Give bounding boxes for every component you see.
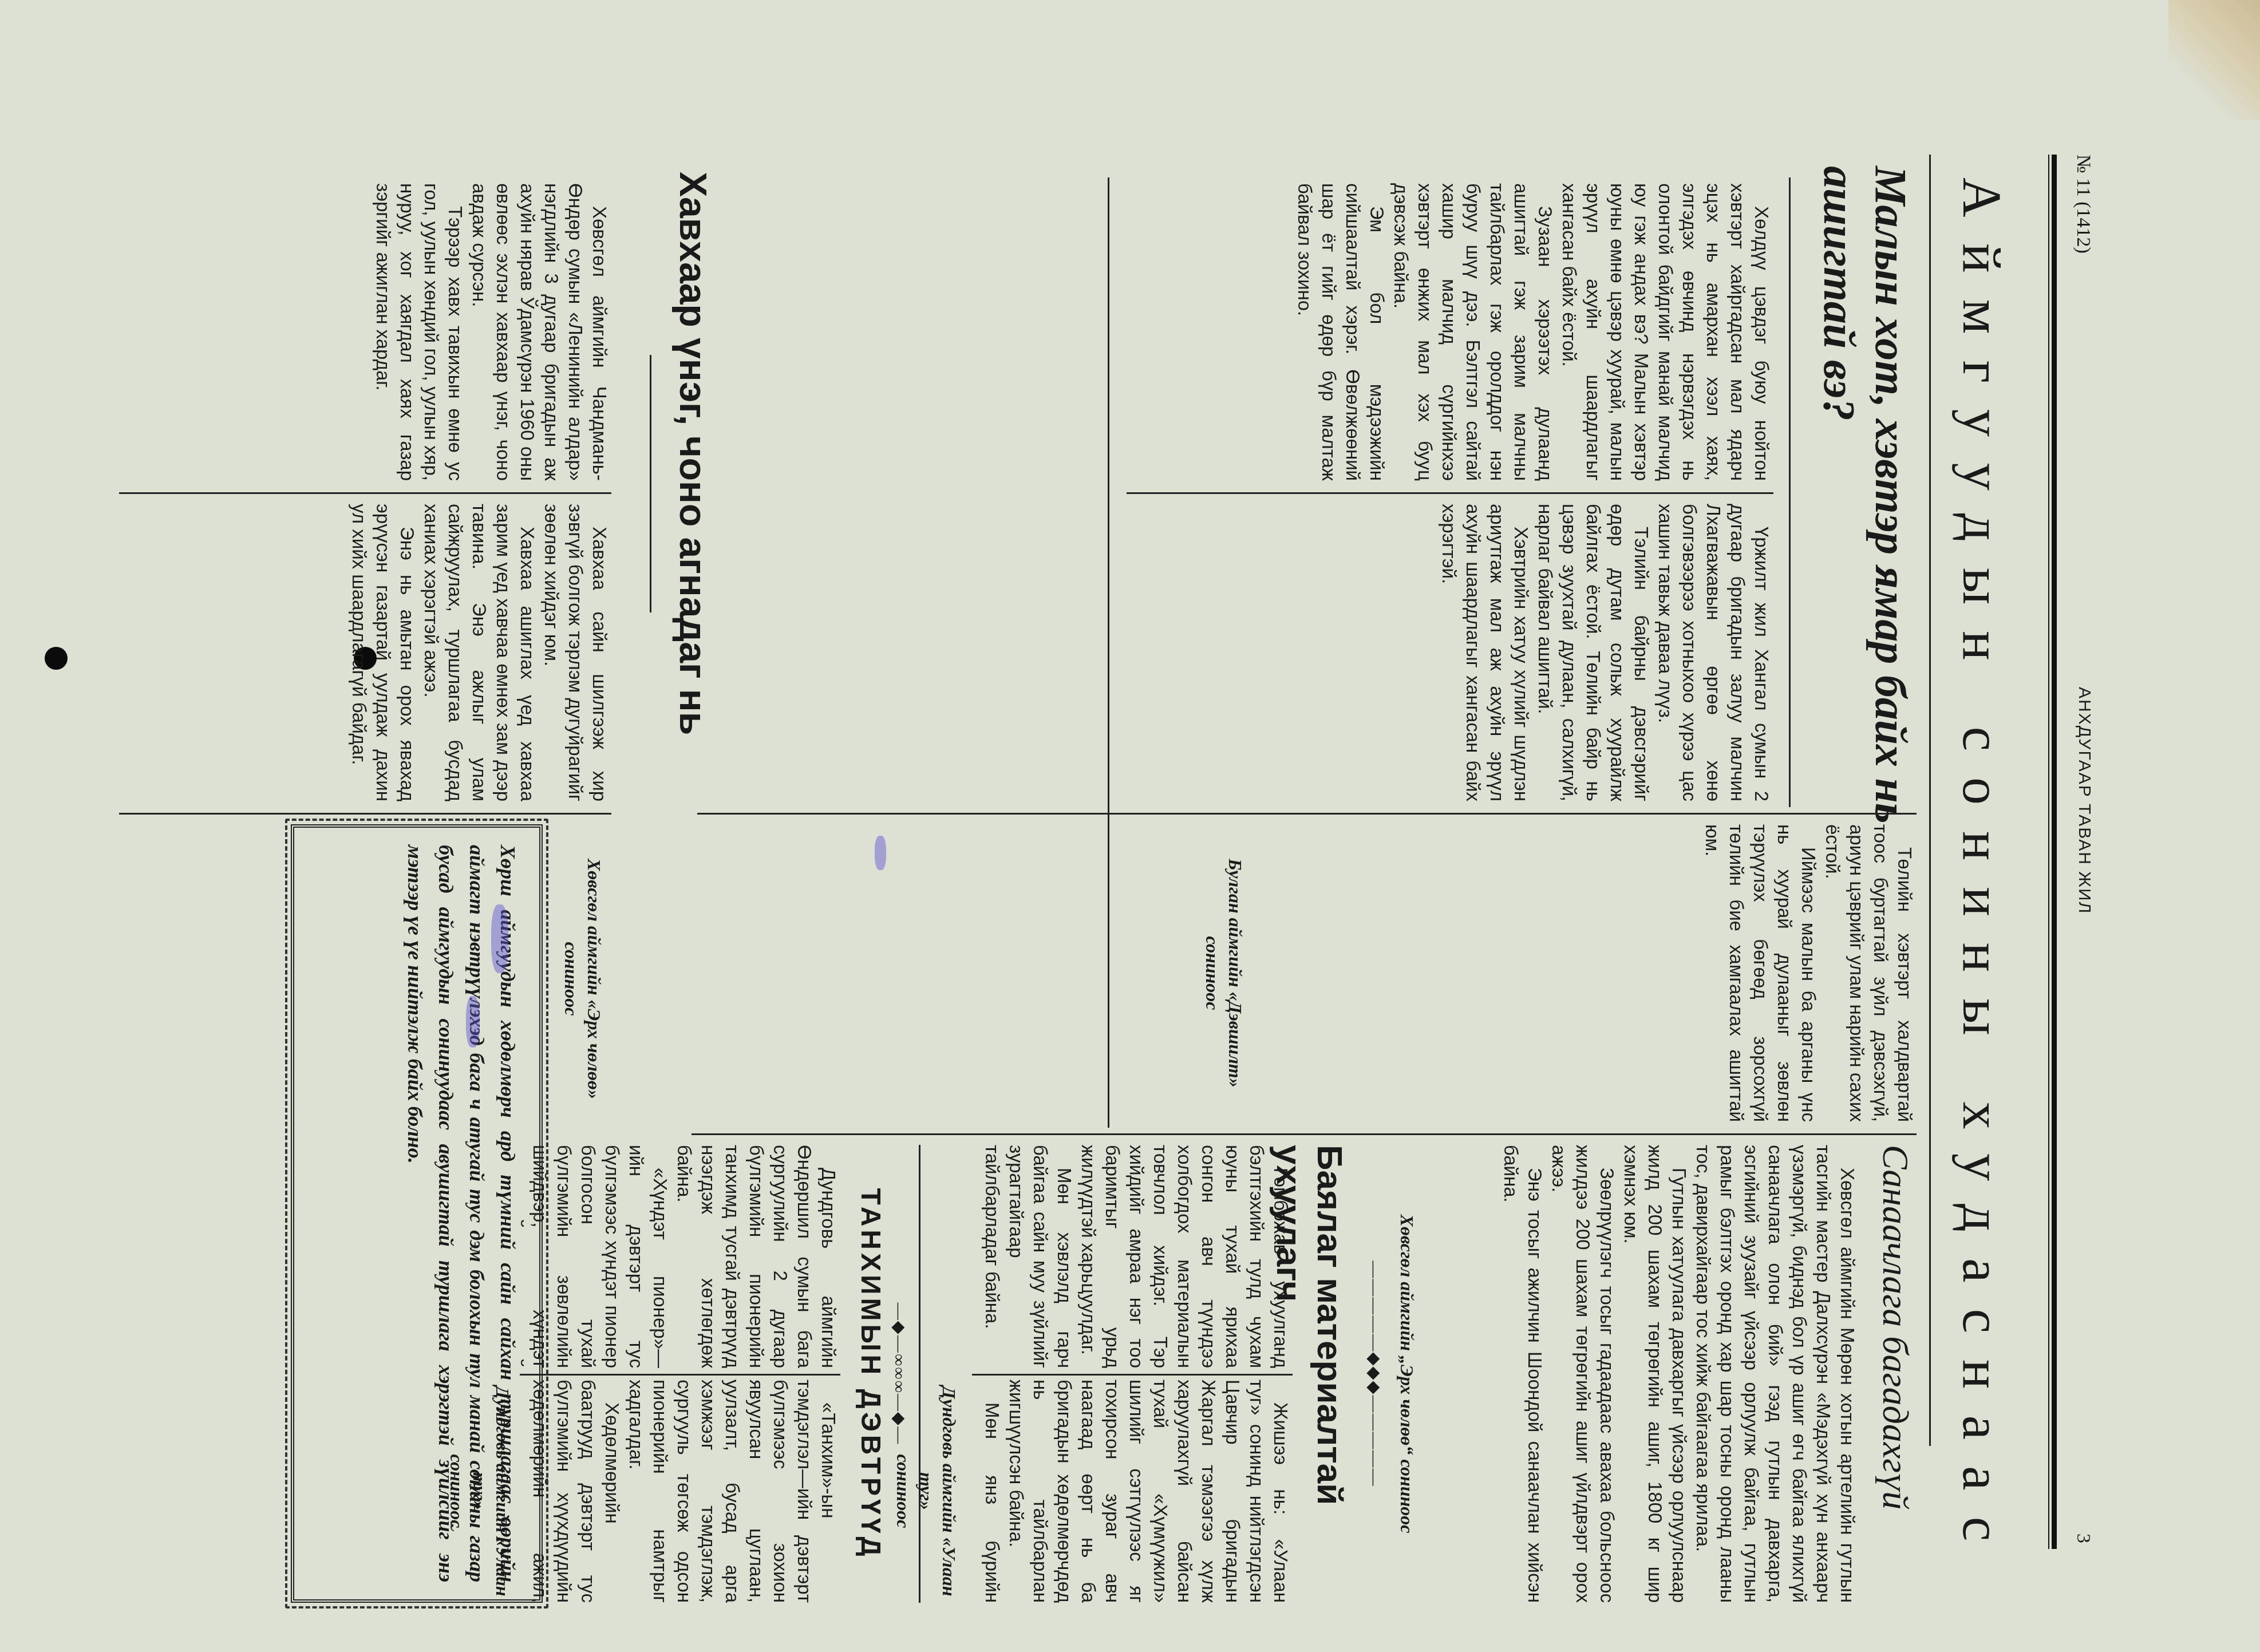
divider [650,355,651,612]
signature-sanaachlaga: Хөвсгөл аймгийн „Эрх чөлөө“ сониноос [1396,1145,1419,1603]
headline-malyn-khot: Малын хот, хэвтэр ямар байх нь ашигтай в… [1814,166,1917,824]
divider [1108,177,1109,1128]
ink-mark [466,996,480,1048]
article-column: Төлийн хэвтэрт халдвартай тоос буртагтай… [1235,824,1917,1122]
section-title: Аймгуудын сонины худаснаас [1939,143,2014,1572]
divider [919,1145,920,1603]
signature-malyn-khot: Булган аймгийн «Дэвшилт» сониноос [1201,824,1247,1122]
article-column: Хавхаа сайн шилгээж хир зэвгүй болгож тэ… [119,504,611,801]
masthead-tagline: АНХДУГААР ТАВАН ЖИЛ [2075,687,2094,914]
ornament-divider: —◆—∞∞∞—◆— [889,1145,909,1603]
signature-khavkhaar: Хөвсгөл аймгийн «Эрх чөлөө» сониноос [560,824,606,1133]
headline-khavkhaar: Хавхаар үнэг, чоно агнадаг нь [671,172,714,801]
column-rule [692,1133,1917,1135]
article-column: Үржилт жил Хангал сумын 2 дугаар бригады… [1121,504,1773,801]
ink-mark [491,904,508,973]
article-column: Жишээ нь: «Улаан туг» сонинд нийтлэгдсэн… [972,1380,1293,1603]
column-rule [119,492,611,494]
article-column: «Танхим»-ын тэмдэглэл—ийн дэвтэрт бүлгэм… [520,1380,840,1603]
newspaper-page: № 11 (1412) АНХДУГААР ТАВАН ЖИЛ 3 Аймгуу… [0,0,2260,1652]
article-column: Гомбожав ухуулганд бэлтгэхийн тулд чухам… [972,1145,1293,1368]
column-rule [520,1374,840,1376]
article-column: Хөвсгөл аймгийн Чандмань-Өндөр сумын «Ле… [119,183,611,481]
masthead-rule [2052,155,2057,1549]
article-column: Дундговь аймгийн Өндөршил сумын бага сур… [520,1145,840,1368]
masthead-rule-thin [2048,155,2049,1549]
column-rule [119,813,611,815]
punch-hole [45,647,68,670]
masthead: № 11 (1412) АНХДУГААР ТАВАН ЖИЛ 3 [2025,86,2117,1572]
divider [1929,155,1931,1446]
article-column: Хөвсгөл аймгийн Мөрөн хотын артелийн гут… [1424,1145,1859,1603]
page-number: 3 [2072,1534,2094,1543]
column-rule [972,1374,1293,1376]
column-rule [1127,492,1773,494]
column-rule [697,813,1917,815]
article-column: Хөлдүү цэвдэг буюу нойтон хэвтэрт хайрга… [1121,183,1773,481]
paper-stain [2168,0,2260,120]
ink-mark [875,836,886,870]
ornament-divider: —————◆◆◆————— [1364,1145,1384,1603]
issue-number: № 11 (1412) [2072,155,2094,254]
divider [1789,177,1791,807]
headline-sanaachlaga: Санаачлага багадахгүй [1874,1145,1917,1603]
headline-tankhimyn: ТАНХИМЫН ДЭВТРҮҮД [855,1145,886,1603]
